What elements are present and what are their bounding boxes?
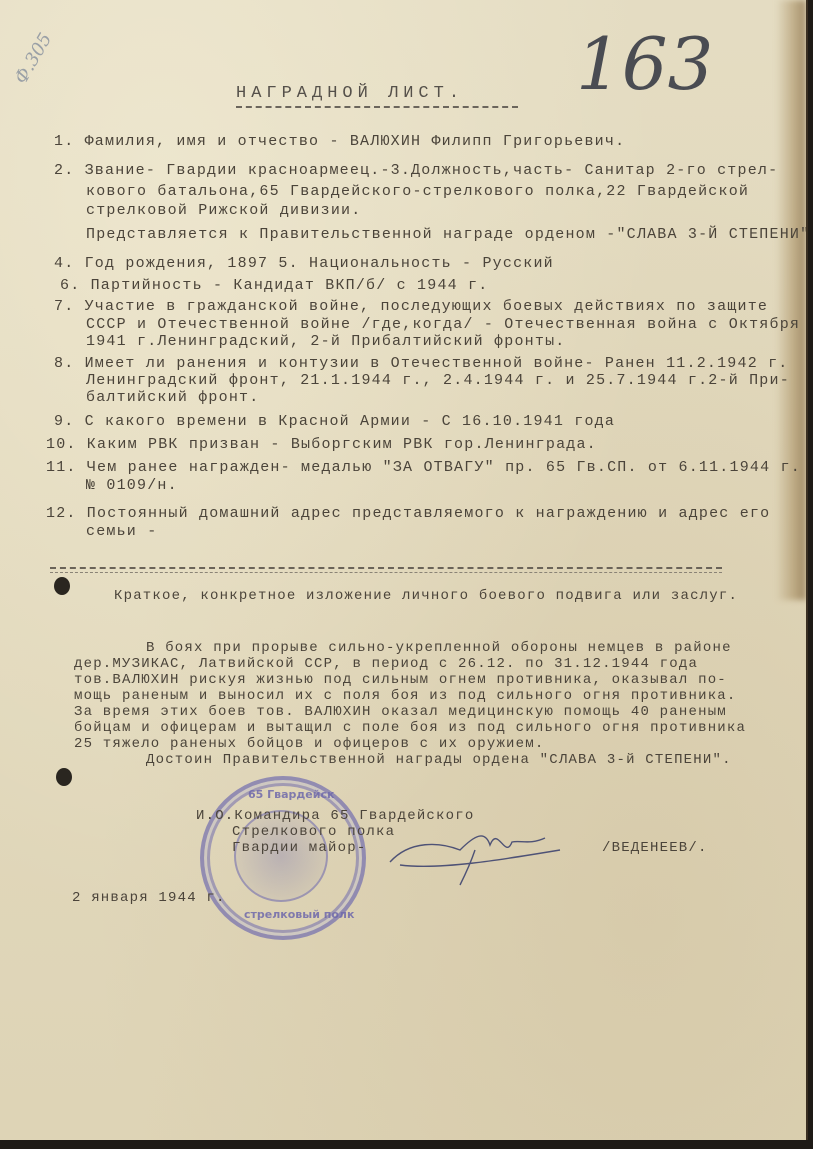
narrative-line-4: мощь раненым и выносил их с поля боя из … (74, 688, 737, 704)
title-underline (236, 106, 518, 108)
narrative-line-2: дер.МУЗИКАС, Латвийской ССР, в период с … (74, 656, 698, 672)
item-7-line-2: СССР и Отечественной войне /где,когда/ -… (86, 316, 800, 333)
item-9-service-start: 9. С какого времени в Красной Армии - С … (54, 413, 615, 430)
item-12-line-1: 12. Постоянный домашний адрес представля… (46, 505, 770, 522)
document-title: НАГРАДНОЙ ЛИСТ. (236, 84, 464, 103)
seal-bottom-text: стрелковый полк (244, 908, 354, 921)
narrative-line-5: За время этих боев тов. ВАЛЮХИН оказал м… (74, 704, 727, 720)
narrative-line-1: В боях при прорыве сильно-укрепленной об… (146, 640, 732, 656)
item-7-line-1: 7. Участие в гражданской войне, последую… (54, 298, 768, 315)
award-proposal: Представляется к Правительственной награ… (86, 226, 808, 243)
archive-mark: Ф.305 (11, 29, 57, 87)
regimental-seal: 65 Гвардейск стрелковый полк (200, 776, 366, 940)
narrative-line-7: 25 тяжело раненых бойцов и офицеров с их… (74, 736, 544, 752)
signer-title-line-3: Гвардии майор- (232, 840, 366, 856)
item-11-line-2: № 0109/н. (86, 477, 178, 494)
item-2-line-1: 2. Звание- Гвардии красноармеец.-3.Должн… (54, 162, 778, 179)
section-heading: Краткое, конкретное изложение личного бо… (114, 588, 738, 604)
seal-top-text: 65 Гвардейск (248, 788, 334, 801)
signer-name: /ВЕДЕНЕЕВ/. (602, 840, 708, 856)
item-12-line-2: семьи - (86, 523, 157, 540)
item-6-party: 6. Партийность - Кандидат ВКП/б/ с 1944 … (60, 277, 488, 294)
narrative-line-3: тов.ВАЛЮХИН рискуя жизнью под сильным ог… (74, 672, 727, 688)
handwritten-signature (380, 820, 580, 890)
section-divider (50, 567, 722, 569)
item-2-line-2: кового батальона,65 Гвардейского-стрелко… (86, 183, 749, 200)
narrative-line-6: бойцам и офицерам и вытащил с поле боя и… (74, 720, 746, 736)
item-10-conscription: 10. Каким РВК призван - Выборгским РВК г… (46, 436, 597, 453)
item-7-line-3: 1941 г.Ленинградский, 2-й Прибалтийский … (86, 333, 565, 350)
item-4-birth-year: 4. Год рождения, 1897 5. Национальность … (54, 255, 554, 272)
document-date: 2 января 1944 г. (72, 890, 226, 906)
item-1-name: 1. Фамилия, имя и отчество - ВАЛЮХИН Фил… (54, 133, 625, 150)
signer-title-line-2: Стрелкового полка (232, 824, 395, 840)
paper-stain (776, 0, 806, 600)
punch-hole-top (54, 577, 70, 595)
punch-hole-bottom (56, 768, 72, 786)
item-8-line-1: 8. Имеет ли ранения и контузии в Отечест… (54, 355, 789, 372)
section-divider-secondary (50, 572, 722, 573)
item-11-line-1: 11. Чем ранее награжден- медалью "ЗА ОТВ… (46, 459, 801, 476)
item-8-line-3: балтийский фронт. (86, 389, 259, 406)
item-8-line-2: Ленинградский фронт, 21.1.1944 г., 2.4.1… (86, 372, 790, 389)
page-number: 163 (576, 22, 713, 106)
narrative-line-8: Достоин Правительственной награды ордена… (146, 752, 732, 768)
document-sheet: Ф.305 163 НАГРАДНОЙ ЛИСТ. 1. Фамилия, им… (0, 0, 808, 1140)
item-2-line-3: стрелковой Рижской дивизии. (86, 202, 361, 219)
